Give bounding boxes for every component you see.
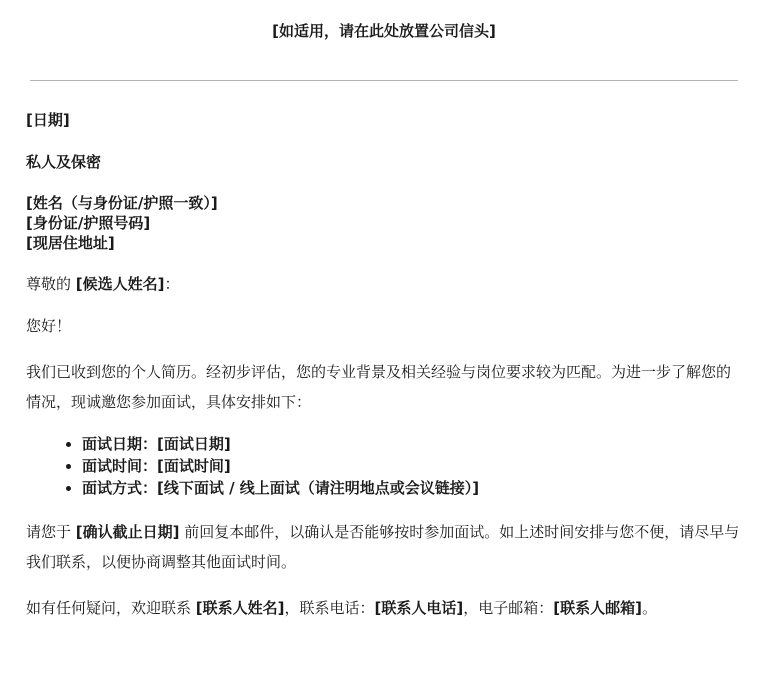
text: 如有任何疑问，欢迎联系 xyxy=(26,599,196,617)
contact-phone-placeholder: [联系人电话] xyxy=(375,599,464,617)
candidate-name-placeholder: [候选人姓名] xyxy=(76,275,165,293)
interview-mode-item: 面试方式：[线下面试 / 线上面试（请注明地点或会议链接）] xyxy=(82,477,742,499)
interview-date-item: 面试日期：[面试日期] xyxy=(82,433,742,455)
interview-details-list: 面试日期：[面试日期] 面试时间：[面试时间] 面试方式：[线下面试 / 线上面… xyxy=(26,433,742,499)
deadline-placeholder: [确认截止日期] xyxy=(76,523,180,541)
recipient-name-placeholder: [姓名（与身份证/护照一致）] xyxy=(26,193,742,213)
salutation-suffix: ： xyxy=(165,275,180,293)
recipient-id-placeholder: [身份证/护照号码] xyxy=(26,213,742,233)
item-value: [线下面试 / 线上面试（请注明地点或会议链接）] xyxy=(157,479,479,497)
recipient-address-block: [姓名（与身份证/护照一致）] [身份证/护照号码] [现居住地址] xyxy=(26,193,742,253)
letter-document: [如适用，请在此处放置公司信头] [日期] 私人及保密 [姓名（与身份证/护照一… xyxy=(0,0,768,623)
reply-request-paragraph: 请您于 [确认截止日期] 前回复本邮件，以确认是否能够按时参加面试。如上述时间安… xyxy=(26,517,742,577)
contact-name-placeholder: [联系人姓名] xyxy=(196,599,285,617)
confidential-label: 私人及保密 xyxy=(26,151,742,173)
text: 请您于 xyxy=(26,523,76,541)
hello-line: 您好！ xyxy=(26,315,742,337)
item-value: [面试时间] xyxy=(157,457,231,475)
company-letterhead-placeholder: [如适用，请在此处放置公司信头] xyxy=(26,0,742,42)
item-value: [面试日期] xyxy=(157,435,231,453)
intro-paragraph: 我们已收到您的个人简历。经初步评估，您的专业背景及相关经验与岗位要求较为匹配。为… xyxy=(26,357,742,417)
date-placeholder: [日期] xyxy=(26,109,742,131)
salutation: 尊敬的 [候选人姓名]： xyxy=(26,273,742,295)
text: ，联系电话： xyxy=(285,599,375,617)
item-label: 面试日期： xyxy=(82,435,157,453)
contact-email-placeholder: [联系人邮箱] xyxy=(553,599,642,617)
text: 。 xyxy=(642,599,657,617)
interview-time-item: 面试时间：[面试时间] xyxy=(82,455,742,477)
item-label: 面试方式： xyxy=(82,479,157,497)
contact-paragraph: 如有任何疑问，欢迎联系 [联系人姓名]，联系电话：[联系人电话]，电子邮箱：[联… xyxy=(26,593,742,623)
text: ，电子邮箱： xyxy=(463,599,553,617)
item-label: 面试时间： xyxy=(82,457,157,475)
recipient-residence-placeholder: [现居住地址] xyxy=(26,233,742,253)
letterhead-divider xyxy=(30,80,738,81)
salutation-prefix: 尊敬的 xyxy=(26,275,76,293)
